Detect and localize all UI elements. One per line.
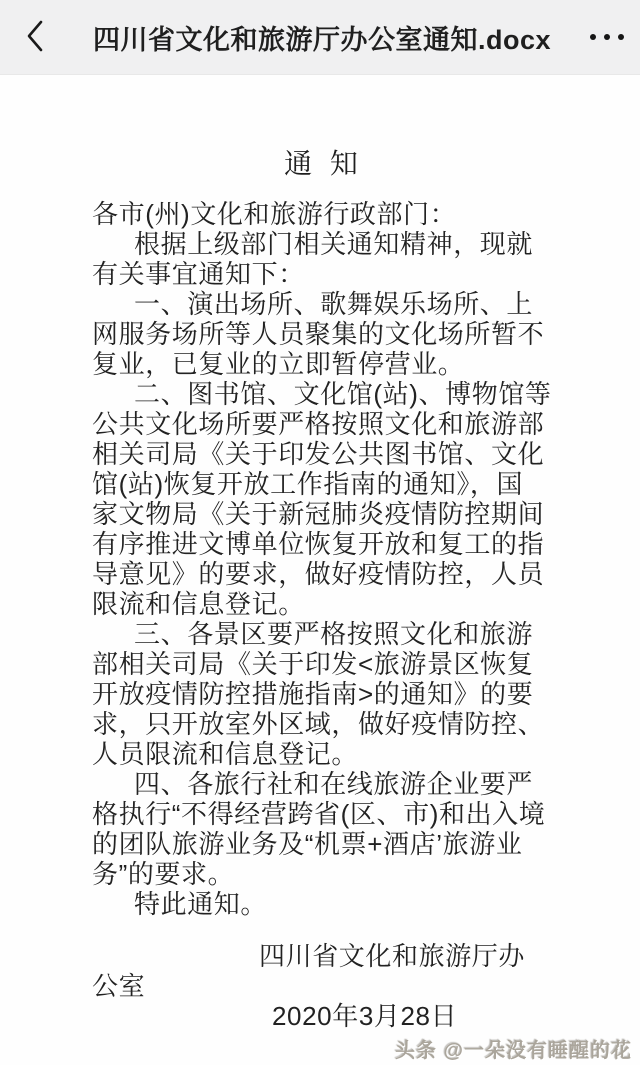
watermark: 头条 @一朵没有睡醒的花 [395, 1034, 632, 1063]
notice-line: 复业，已复业的立即暂停营业。 [92, 349, 550, 379]
notice-title: 通 知 [92, 149, 550, 179]
notice-line: 二、图书馆、文化馆(站)、博物馆等 [92, 379, 550, 409]
notice-line: 求，只开放室外区域，做好疫情防控、 [92, 709, 550, 739]
notice-line: 格执行“不得经营跨省(区、市)和出入境 [92, 799, 550, 829]
notice-line: 四、各旅行社和在线旅游企业要严 [92, 769, 550, 799]
notice-line: 部相关司局《关于印发<旅游景区恢复 [92, 649, 550, 679]
notice-body: 各市(州)文化和旅游行政部门：根据上级部门相关通知精神，现就有关事宜通知下：一、… [92, 199, 550, 1031]
notice-line: 公共文化场所要严格按照文化和旅游部 [92, 409, 550, 439]
notice-line: 各市(州)文化和旅游行政部门： [92, 199, 550, 229]
notice-line: 三、各景区要严格按照文化和旅游 [92, 619, 550, 649]
notice-line: 馆(站)恢复开放工作指南的通知》，国 [92, 469, 550, 499]
notice-line: 务”的要求。 [92, 859, 550, 889]
notice-line: 家文物局《关于新冠肺炎疫情防控期间 [92, 499, 550, 529]
notice-line: 人员限流和信息登记。 [92, 739, 550, 769]
notice-line: 公室 [92, 971, 550, 1001]
notice-line: 有关事宜通知下： [92, 259, 550, 289]
notice-line: 根据上级部门相关通知精神，现就 [92, 229, 550, 259]
app-header: 四川省文化和旅游厅办公室通知.docx [0, 0, 640, 75]
notice-line: 四川省文化和旅游厅办 [92, 941, 550, 971]
notice-line: 有序推进文博单位恢复开放和复工的指 [92, 529, 550, 559]
notice-line: 一、演出场所、歌舞娱乐场所、上 [92, 289, 550, 319]
more-options-button[interactable] [574, 0, 640, 75]
notice-line: 的团队旅游业务及“机票+酒店’旅游业 [92, 829, 550, 859]
document-filename: 四川省文化和旅游厅办公室通知.docx [70, 18, 574, 57]
back-button[interactable] [0, 0, 70, 75]
more-dots-icon [618, 34, 624, 40]
screen: 四川省文化和旅游厅办公室通知.docx 通 知 各市(州)文化和旅游行政部门：根… [0, 0, 640, 1065]
notice-line: 开放疫情防控措施指南>的通知》的要 [92, 679, 550, 709]
notice-line: 导意见》的要求，做好疫情防控，人员 [92, 559, 550, 589]
more-dots-icon [590, 34, 596, 40]
document-page[interactable]: 通 知 各市(州)文化和旅游行政部门：根据上级部门相关通知精神，现就有关事宜通知… [0, 75, 640, 1065]
notice-line: 网服务场所等人员聚集的文化场所暂不 [92, 319, 550, 349]
notice-line: 相关司局《关于印发公共图书馆、文化 [92, 439, 550, 469]
more-dots-icon [604, 34, 610, 40]
chevron-left-icon [26, 20, 44, 55]
notice-line: 限流和信息登记。 [92, 589, 550, 619]
notice-line: 2020年3月28日 [92, 1001, 550, 1031]
notice-line: 特此通知。 [92, 889, 550, 919]
